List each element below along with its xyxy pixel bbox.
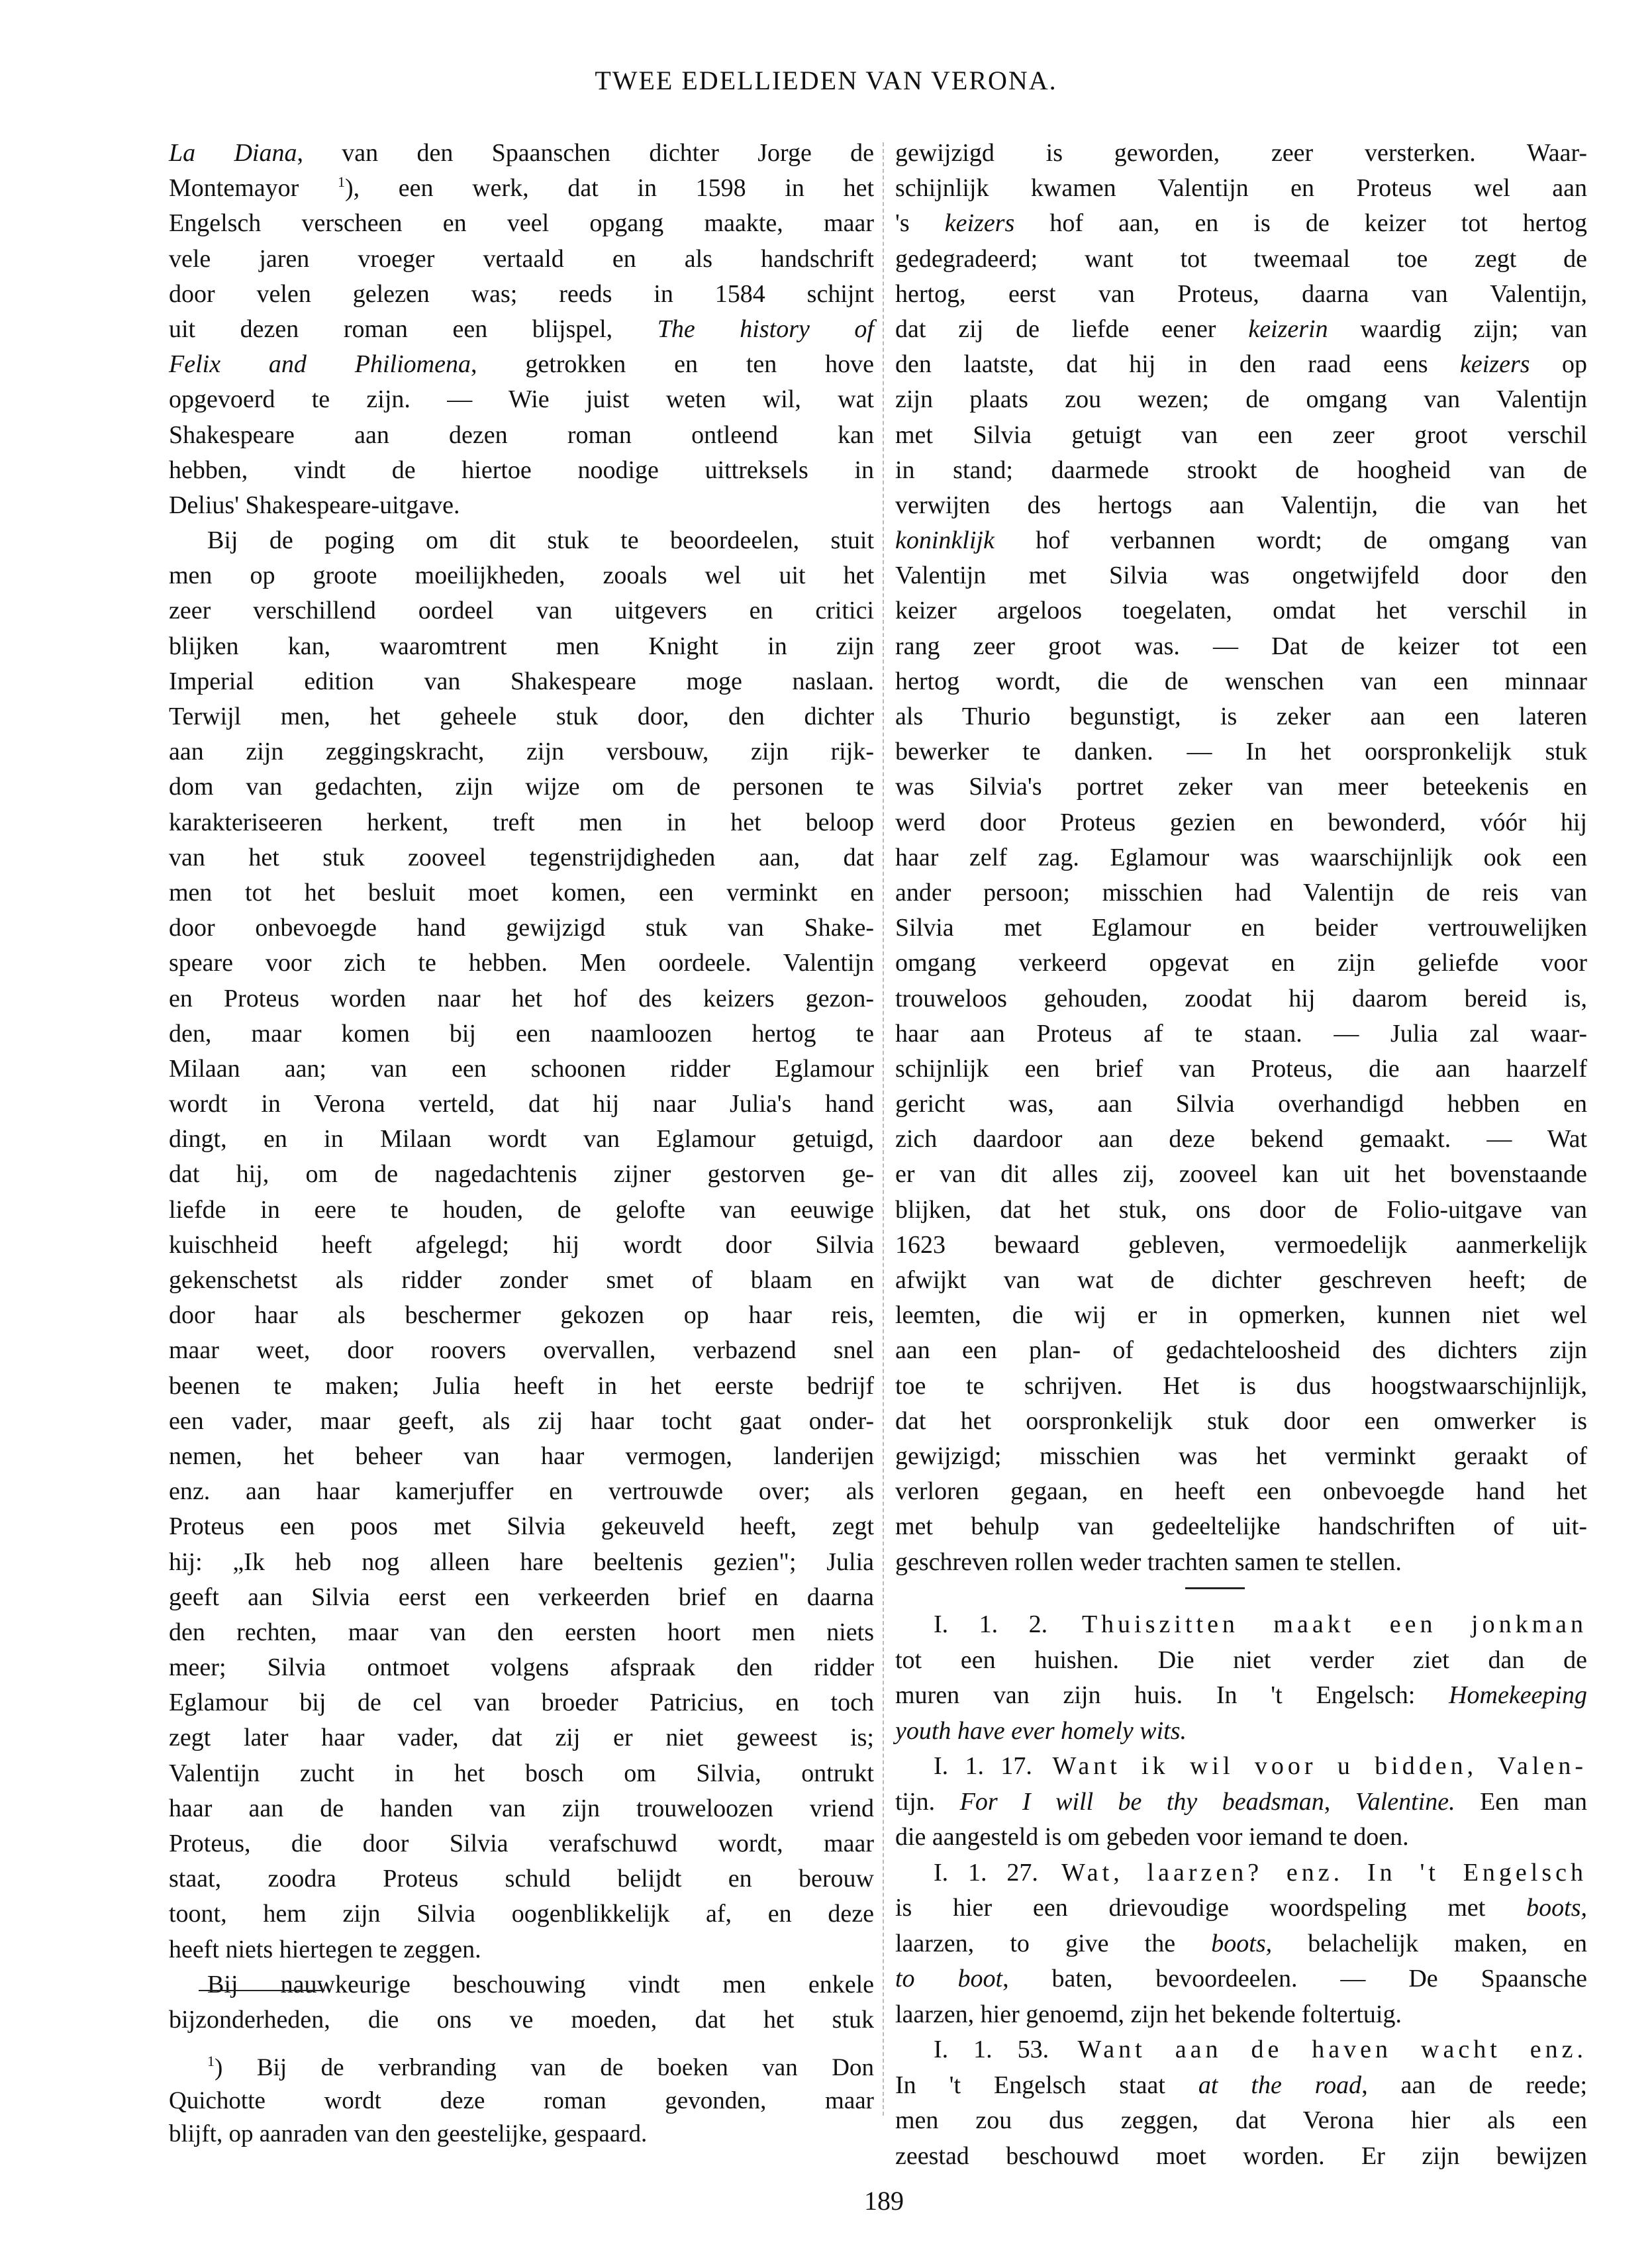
text-line: zeer verschillend oordeel van uitgevers … (169, 593, 874, 628)
text-line: dom van gedachten, zijn wijze om de pers… (169, 769, 874, 805)
text-line: I. 1. 27. Wat, laarzen? enz. In 't Engel… (895, 1855, 1587, 1891)
text-line: den rechten, maar van den eersten hoort … (169, 1615, 874, 1650)
text-line: haar aan de handen van zijn trouweloozen… (169, 1791, 874, 1826)
text-line: leemten, die wij er in opmerken, kunnen … (895, 1298, 1587, 1333)
text-line: met Silvia getuigt van een zeer groot ve… (895, 418, 1587, 453)
text-line: toe te schrijven. Het is dus hoogstwaars… (895, 1369, 1587, 1404)
text-line: afwijkt van wat de dichter geschreven he… (895, 1263, 1587, 1298)
text-line: In 't Engelsch staat at the road, aan de… (895, 2068, 1587, 2104)
text-line: gericht was, aan Silvia overhandigd hebb… (895, 1087, 1587, 1122)
left-column: La Diana, van den Spaanschen dichter Jor… (169, 136, 874, 2038)
text-line: uit dezen roman een blijspel, The histor… (169, 312, 874, 347)
text-line: La Diana, van den Spaanschen dichter Jor… (169, 136, 874, 171)
text-line: Proteus een poos met Silvia gekeuveld he… (169, 1509, 874, 1544)
text-line: Proteus, die door Silvia verafschuwd wor… (169, 1826, 874, 1861)
text-line: Imperial edition van Shakespeare moge na… (169, 664, 874, 699)
text-line: blijken, dat het stuk, ons door de Folio… (895, 1193, 1587, 1228)
text-line: Engelsch verscheen en veel opgang maakte… (169, 206, 874, 241)
text-line: meer; Silvia ontmoet volgens afspraak de… (169, 1650, 874, 1685)
text-line: Valentijn met Silvia was ongetwijfeld do… (895, 558, 1587, 593)
note-lemma: Want aan de haven wacht enz. (1049, 2036, 1587, 2063)
text-line: gewijzigd; misschien was het verminkt ge… (895, 1439, 1587, 1474)
footnote: 1) Bij de verbranding van de boeken van … (169, 2051, 874, 2151)
text-line: dat het oorspronkelijk stuk door een omw… (895, 1404, 1587, 1439)
text-line: speare voor zich te hebben. Men oordeele… (169, 946, 874, 981)
text-line: I. 1. 17. Want ik wil voor u bidden, Val… (895, 1749, 1587, 1785)
text-line: men zou dus zeggen, dat Verona hier als … (895, 2103, 1587, 2139)
text-line: hebben, vindt de hiertoe noodige uittrek… (169, 453, 874, 488)
text-line: to boot, baten, bevoordeelen. — De Spaan… (895, 1961, 1587, 1997)
text-line: hertog, eerst van Proteus, daarna van Va… (895, 277, 1587, 312)
text-line: dat hij, om de nagedachtenis zijner gest… (169, 1157, 874, 1192)
text-line: die aangesteld is om gebeden voor iemand… (895, 1820, 1587, 1855)
text-line: I. 1. 2. Thuiszitten maakt een jonkman (895, 1607, 1587, 1643)
note-lemma: Wat, laarzen? enz. In 't Engelsch (1038, 1859, 1587, 1887)
text-line: omgang verkeerd opgevat en zijn geliefde… (895, 946, 1587, 981)
text-line: schijnlijk een brief van Proteus, die aa… (895, 1052, 1587, 1087)
running-title: TWEE EDELLIEDEN VAN VERONA. (0, 65, 1652, 96)
text-line: dat zij de liefde eener keizerin waardig… (895, 312, 1587, 347)
note-entry: I. 1. 2. Thuiszitten maakt een jonkmanto… (895, 1607, 1587, 1749)
text-line: tijn. For I will be thy beadsman, Valent… (895, 1785, 1587, 1820)
text-line: tot een huishen. Die niet verder ziet da… (895, 1643, 1587, 1679)
commentary-notes: I. 1. 2. Thuiszitten maakt een jonkmanto… (895, 1607, 1587, 2174)
text-line: 1) Bij de verbranding van de boeken van … (169, 2051, 874, 2085)
text-line: men tot het besluit moet komen, een verm… (169, 875, 874, 911)
text-line: karakteriseeren herkent, treft men in he… (169, 805, 874, 840)
text-line: zijn plaats zou wezen; de omgang van Val… (895, 382, 1587, 417)
text-line: Shakespeare aan dezen roman ontleend kan (169, 418, 874, 453)
text-line: kuischheid heeft afgelegd; hij wordt doo… (169, 1228, 874, 1263)
text-line: Montemayor 1), een werk, dat in 1598 in … (169, 171, 874, 206)
text-line: trouweloos gehouden, zoodat hij daarom b… (895, 981, 1587, 1016)
note-entry: I. 1. 27. Wat, laarzen? enz. In 't Engel… (895, 1855, 1587, 2033)
text-line: den laatste, dat hij in den raad eens ke… (895, 347, 1587, 382)
text-line: haar zelf zag. Eglamour was waarschijnli… (895, 840, 1587, 875)
text-line: door haar als beschermer gekozen op haar… (169, 1298, 874, 1333)
text-line: een vader, maar geeft, als zij haar toch… (169, 1404, 874, 1439)
text-line: laarzen, to give the boots, belachelijk … (895, 1926, 1587, 1962)
text-line: vele jaren vroeger vertaald en als hands… (169, 242, 874, 277)
text-line: I. 1. 53. Want aan de haven wacht enz. (895, 2032, 1587, 2068)
text-line: Valentijn zucht in het bosch om Silvia, … (169, 1756, 874, 1791)
text-line: muren van zijn huis. In 't Engelsch: Hom… (895, 1678, 1587, 1714)
text-line: als Thurio begunstigt, is zeker aan een … (895, 699, 1587, 734)
text-line: aan een plan- of gedachteloosheid des di… (895, 1333, 1587, 1368)
text-line: Bij de poging om dit stuk te beoordeelen… (169, 523, 874, 558)
text-line: door velen gelezen was; reeds in 1584 sc… (169, 277, 874, 312)
text-line: Felix and Philiomena, getrokken en ten h… (169, 347, 874, 382)
text-line: gedegradeerd; want tot tweemaal toe zegt… (895, 242, 1587, 277)
text-line: hij: „Ik heb nog alleen hare beeltenis g… (169, 1545, 874, 1580)
footnote-separator (199, 1990, 324, 1991)
text-line: enz. aan haar kamerjuffer en vertrouwde … (169, 1474, 874, 1509)
text-line: den, maar komen bij een naamloozen herto… (169, 1016, 874, 1052)
text-line: Milaan aan; van een schoonen ridder Egla… (169, 1052, 874, 1087)
note-entry: I. 1. 17. Want ik wil voor u bidden, Val… (895, 1749, 1587, 1855)
text-line: Eglamour bij de cel van broeder Patriciu… (169, 1685, 874, 1720)
text-line: 's keizers hof aan, en is de keizer tot … (895, 206, 1587, 241)
text-line: laarzen, hier genoemd, zijn het bekende … (895, 1997, 1587, 2033)
text-line: gekenschetst als ridder zonder smet of b… (169, 1263, 874, 1298)
text-line: keizer argeloos toegelaten, omdat het ve… (895, 593, 1587, 628)
column-divider (883, 142, 884, 2116)
text-line: is hier een drievoudige woordspeling met… (895, 1891, 1587, 1926)
text-line: zegt later haar vader, dat zij er niet g… (169, 1720, 874, 1755)
text-line: men op groote moeilijkheden, zooals wel … (169, 558, 874, 593)
page-number: 189 (864, 2185, 904, 2216)
section-separator (1185, 1587, 1245, 1589)
text-line: wordt in Verona verteld, dat hij naar Ju… (169, 1087, 874, 1122)
text-line: opgevoerd te zijn. — Wie juist weten wil… (169, 382, 874, 417)
text-line: bewerker te danken. — In het oorspronkel… (895, 734, 1587, 769)
right-column: gewijzigd is geworden, zeer versterken. … (895, 136, 1587, 1580)
text-line: Bij nauwkeurige beschouwing vindt men en… (169, 1967, 874, 2002)
text-line: staat, zoodra Proteus schuld belijdt en … (169, 1861, 874, 1897)
text-line: blijft, op aanraden van den geestelijke,… (169, 2118, 874, 2151)
text-line: heeft niets hiertegen te zeggen. (169, 1932, 874, 1967)
text-line: geeft aan Silvia eerst een verkeerden br… (169, 1580, 874, 1615)
text-line: nemen, het beheer van haar vermogen, lan… (169, 1439, 874, 1474)
text-line: dingt, en in Milaan wordt van Eglamour g… (169, 1122, 874, 1157)
note-lemma: Thuiszitten maakt een jonkman (1047, 1610, 1587, 1638)
text-line: hertog wordt, die de wenschen van een mi… (895, 664, 1587, 699)
text-line: gewijzigd is geworden, zeer versterken. … (895, 136, 1587, 171)
text-line: was Silvia's portret zeker van meer bete… (895, 769, 1587, 805)
text-line: haar aan Proteus af te staan. — Julia za… (895, 1016, 1587, 1052)
text-line: werd door Proteus gezien en bewonderd, v… (895, 805, 1587, 840)
text-line: blijken kan, waaromtrent men Knight in z… (169, 629, 874, 664)
text-line: verwijten des hertogs aan Valentijn, die… (895, 488, 1587, 523)
text-line: Delius' Shakespeare-uitgave. (169, 488, 874, 523)
text-line: zeestad beschouwd moet worden. Er zijn b… (895, 2139, 1587, 2175)
text-line: Silvia met Eglamour en beider vertrouwel… (895, 911, 1587, 946)
text-line: liefde in eere te houden, de gelofte van… (169, 1193, 874, 1228)
text-line: youth have ever homely wits. (895, 1714, 1587, 1749)
text-line: in stand; daarmede strookt de hoogheid v… (895, 453, 1587, 488)
text-line: Terwijl men, het geheele stuk door, den … (169, 699, 874, 734)
text-line: van het stuk zooveel tegenstrijdigheden … (169, 840, 874, 875)
text-line: zich daardoor aan deze bekend gemaakt. —… (895, 1122, 1587, 1157)
text-line: met behulp van gedeeltelijke handschrift… (895, 1509, 1587, 1544)
note-entry: I. 1. 53. Want aan de haven wacht enz.In… (895, 2032, 1587, 2174)
text-line: er van dit alles zij, zooveel kan uit he… (895, 1157, 1587, 1192)
text-line: verloren gegaan, en heeft een onbevoegde… (895, 1474, 1587, 1509)
text-line: rang zeer groot was. — Dat de keizer tot… (895, 629, 1587, 664)
text-line: aan zijn zeggingskracht, zijn versbouw, … (169, 734, 874, 769)
text-line: geschreven rollen weder trachten samen t… (895, 1545, 1587, 1580)
text-line: bijzonderheden, die ons ve moeden, dat h… (169, 2002, 874, 2038)
text-line: 1623 bewaard gebleven, vermoedelijk aanm… (895, 1228, 1587, 1263)
note-lemma: Want ik wil voor u bidden, Valen- (1032, 1752, 1587, 1780)
text-line: Quichotte wordt deze roman gevonden, maa… (169, 2085, 874, 2118)
text-line: door onbevoegde hand gewijzigd stuk van … (169, 911, 874, 946)
text-line: toont, hem zijn Silvia oogenblikkelijk a… (169, 1897, 874, 1932)
text-line: schijnlijk kwamen Valentijn en Proteus w… (895, 171, 1587, 206)
text-line: beenen te maken; Julia heeft in het eers… (169, 1369, 874, 1404)
text-line: en Proteus worden naar het hof des keize… (169, 981, 874, 1016)
text-line: maar weet, door roovers overvallen, verb… (169, 1333, 874, 1368)
text-line: ander persoon; misschien had Valentijn d… (895, 875, 1587, 911)
text-line: koninklijk hof verbannen wordt; de omgan… (895, 523, 1587, 558)
